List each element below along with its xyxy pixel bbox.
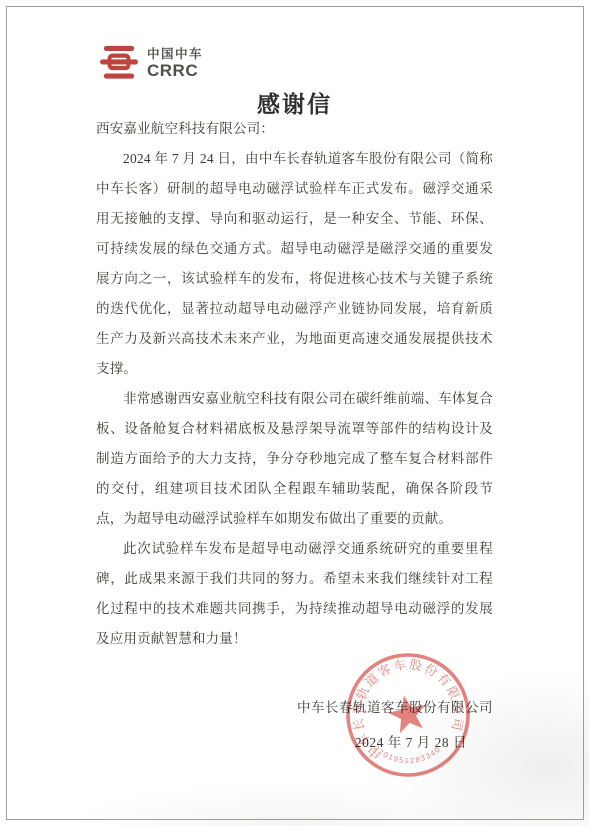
crrc-logo: 中国中车 CRRC bbox=[100, 45, 203, 82]
letter-paragraph: 2024 年 7 月 24 日，由中车长春轨道客车股份有限公司（简称中车长客）研… bbox=[96, 144, 493, 384]
crrc-logo-text: 中国中车 CRRC bbox=[147, 48, 203, 80]
letter-sheet: 中国中车 CRRC 感谢信 西安嘉业航空科技有限公司： 2024 年 7 月 2… bbox=[0, 0, 589, 826]
brand-name-en: CRRC bbox=[147, 62, 203, 79]
letter-body: 西安嘉业航空科技有限公司： 2024 年 7 月 24 日，由中车长春轨道客车股… bbox=[96, 114, 493, 654]
signature-company: 中车长春轨道客车股份有限公司 bbox=[297, 696, 493, 716]
brand-name-cn: 中国中车 bbox=[147, 48, 203, 61]
signature-date: 2024 年 7 月 28 日 bbox=[355, 731, 467, 751]
letter-paragraph: 非常感谢西安嘉业航空科技有限公司在碳纤维前端、车体复合板、设备舱复合材料裙底板及… bbox=[96, 384, 493, 534]
crrc-emblem-icon bbox=[100, 45, 138, 82]
recipient-line: 西安嘉业航空科技有限公司： bbox=[96, 114, 493, 144]
letter-paragraph: 此次试验样车发布是超导电动磁浮交通系统研究的重要里程碑，此成果来源于我们共同的努… bbox=[96, 534, 493, 654]
